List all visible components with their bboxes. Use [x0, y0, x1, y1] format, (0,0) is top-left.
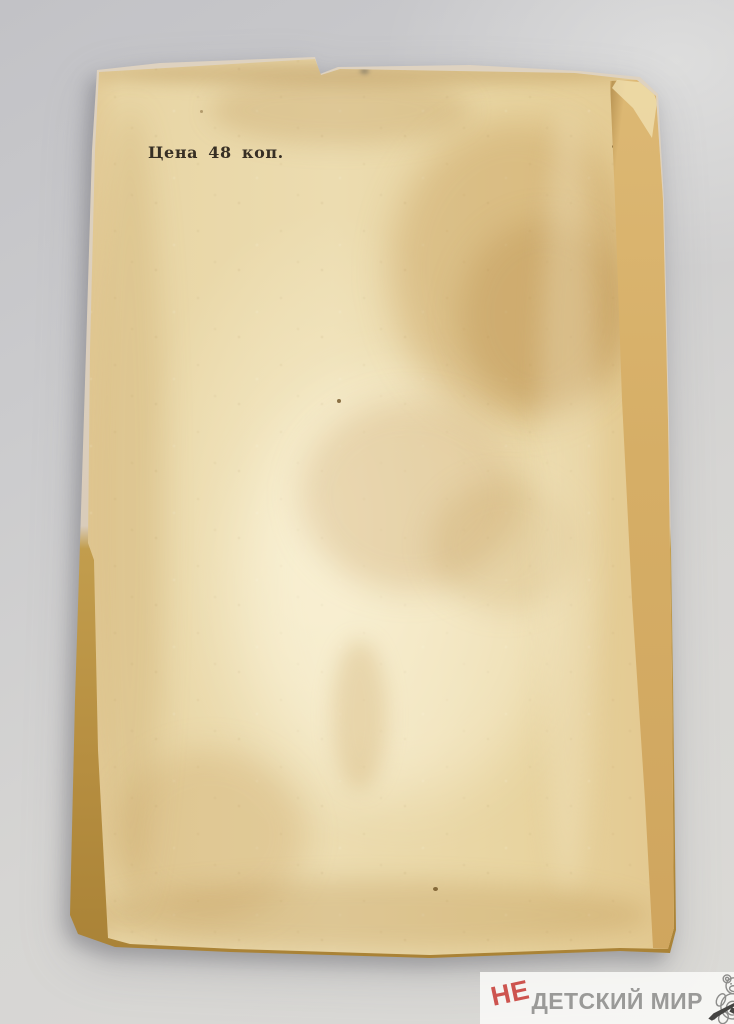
book-back-cover: Цена 48 коп.	[60, 50, 680, 965]
paper-speck	[433, 887, 438, 891]
bottom-edge-shading	[90, 880, 650, 950]
watermark-label: ДЕТСКИЙ МИР	[532, 988, 703, 1015]
book: Цена 48 коп.	[0, 0, 734, 1024]
watermark-prefix: НЕ	[488, 974, 532, 1012]
watermark-bar: НЕ ДЕТСКИЙ МИР	[480, 972, 734, 1024]
teddy-bear-with-rifle-icon	[705, 970, 734, 1024]
price-label: Цена 48 коп.	[148, 143, 284, 162]
paper-speck	[337, 399, 341, 403]
paper-speck	[200, 110, 203, 113]
left-edge-shading	[95, 110, 165, 910]
pre-spine-highlight	[538, 110, 598, 890]
photo-scene: Цена 48 коп. НЕ ДЕТСКИЙ МИР	[0, 0, 734, 1024]
water-stain	[332, 640, 387, 790]
